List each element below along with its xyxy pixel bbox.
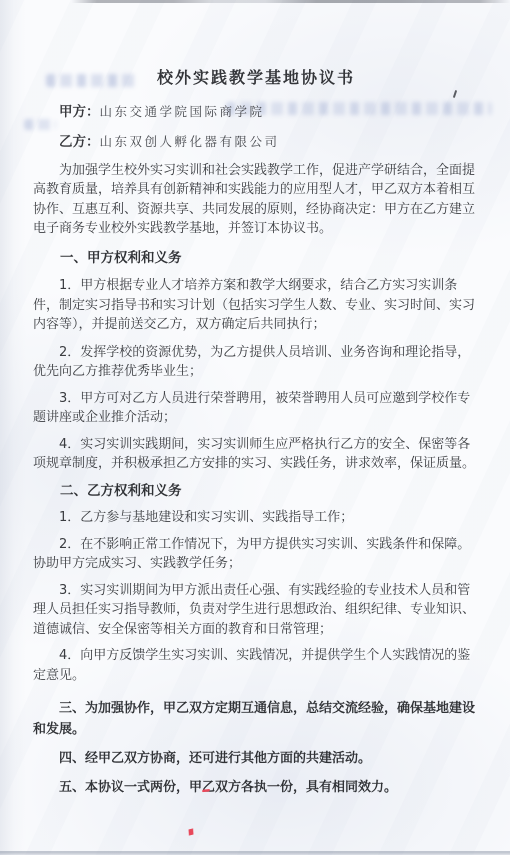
party-b-line: 乙方：山东双创人孵化器有限公司 xyxy=(33,132,479,153)
scan-edge-bottom xyxy=(0,851,510,855)
section-2-item-4: 4．向甲方反馈学生实习实训、实践情况，并提供学生个人实践情况的鉴定意见。 xyxy=(33,646,479,685)
scanned-document-page: 校外实践教学基地协议书 甲方：山东交通学院国际商学院 乙方：山东双创人孵化器有限… xyxy=(0,0,510,855)
section-2-item-3: 3．实习实训期间为甲方派出责任心强、有实践经验的专业技术人员和管理人员担任实习指… xyxy=(33,581,479,640)
clause-3: 三、为加强协作，甲乙双方定期互通信息，总结交流经验，确保基地建设和发展。 xyxy=(33,699,479,740)
section-1-item-4: 4．实习实训实践期间，实习实训师生应严格执行乙方的安全、保密等各项规章制度，并积… xyxy=(33,435,479,474)
section-1-heading: 一、甲方权利和义务 xyxy=(33,249,479,269)
party-a-label: 甲方： xyxy=(59,104,100,120)
section-2-heading: 二、乙方权利和义务 xyxy=(33,482,479,502)
party-b-label: 乙方： xyxy=(59,134,100,150)
section-2-item-2: 2．在不影响正常工作情况下，为甲方提供实习实训、实践条件和保障。协助甲方完成实习… xyxy=(33,535,479,574)
agreement-document: 校外实践教学基地协议书 甲方：山东交通学院国际商学院 乙方：山东双创人孵化器有限… xyxy=(0,0,510,855)
party-a-line: 甲方：山东交通学院国际商学院 xyxy=(33,102,479,123)
intro-paragraph: 为加强学生校外实习实训和社会实践教学工作，促进产学研结合，全面提高教育质量，培养… xyxy=(33,161,479,239)
section-1-item-3: 3．甲方可对乙方人员进行荣誉聘用，被荣誉聘用人员可应邀到学校作专题讲座或企业推介… xyxy=(33,389,479,428)
clause-4: 四、经甲乙双方协商，还可进行其他方面的共建活动。 xyxy=(33,749,479,770)
document-title: 校外实践教学基地协议书 xyxy=(33,68,479,88)
party-b-name: 山东双创人孵化器有限公司 xyxy=(100,134,280,149)
section-2-item-1: 1．乙方参与基地建设和实习实训、实践指导工作； xyxy=(33,508,479,528)
party-a-name: 山东交通学院国际商学院 xyxy=(100,104,265,119)
clause-5: 五、本协议一式两份，甲乙双方各执一份，具有相同效力。 xyxy=(33,778,479,799)
section-1-item-1: 1．甲方根据专业人才培养方案和教学大纲要求，结合乙方实习实训条件，制定实习指导书… xyxy=(33,276,479,335)
section-1-item-2: 2．发挥学校的资源优势，为乙方提供人员培训、业务咨询和理论指导，优先向乙方推荐优… xyxy=(33,343,479,382)
